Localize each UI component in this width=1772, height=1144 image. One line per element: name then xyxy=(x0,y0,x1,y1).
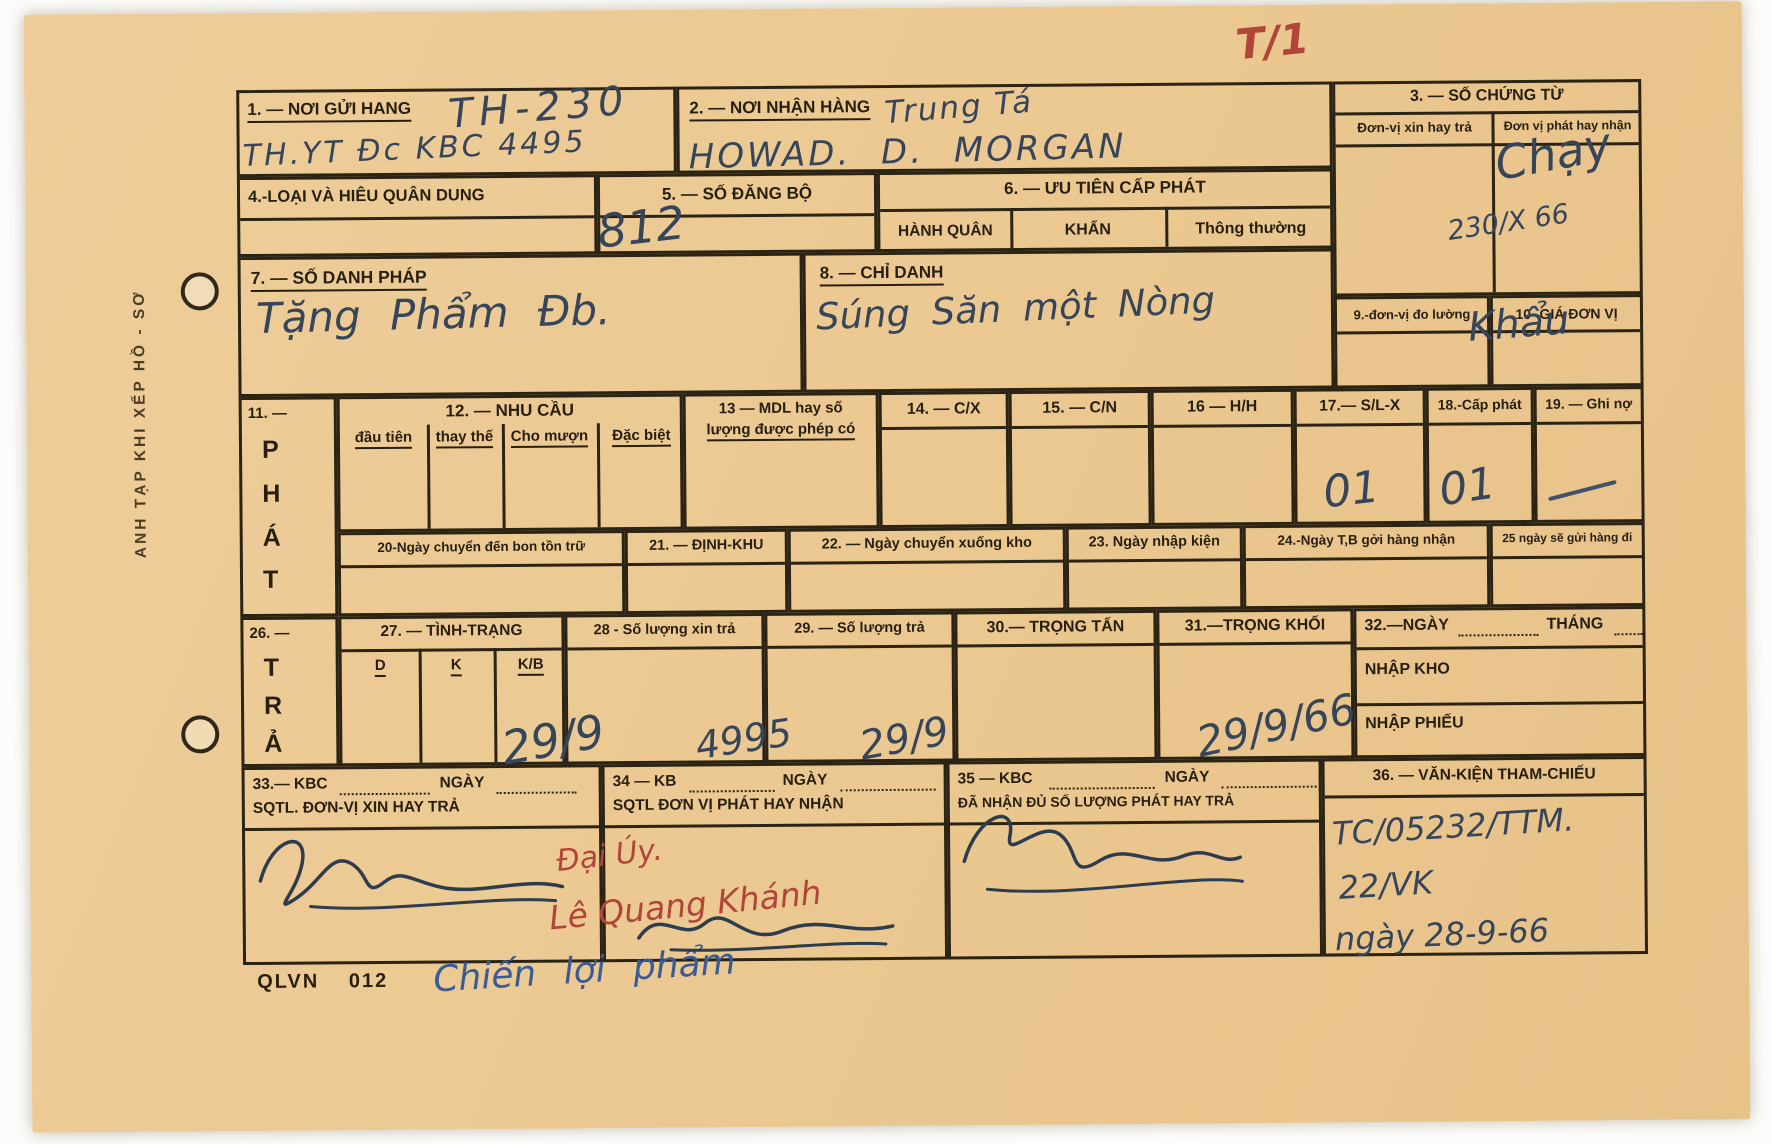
divider-line xyxy=(1246,556,1487,561)
divider-line xyxy=(1325,793,1644,799)
punch-hole-bottom xyxy=(181,715,219,753)
dotted-leader xyxy=(497,789,577,794)
divider-line xyxy=(882,426,1006,430)
box-30-trong-tan: 30.— TRỌNG TẤN xyxy=(954,610,1157,762)
divider-line xyxy=(568,646,762,651)
divider-line xyxy=(341,563,622,568)
divider-line xyxy=(1357,645,1643,650)
signature-box-33 xyxy=(250,820,571,918)
divider-line xyxy=(1069,558,1240,562)
margin-vertical-text: ANH TẠP KHI XẾP HỒ - SƠ xyxy=(131,290,151,559)
box-13-mdl: 13 — MDL hay số lượng được phép có xyxy=(683,392,880,530)
signature-box-34 xyxy=(631,900,901,957)
divider-line xyxy=(1165,207,1168,247)
need-col-label: Đặc biệt xyxy=(612,427,671,447)
divider-line xyxy=(1297,423,1423,427)
scanned-form-page: ANH TẠP KHI XẾP HỒ - SƠ T/1 1. — NƠI GỬI… xyxy=(0,0,1772,1144)
box-20-ngay-chuyen-den: 20-Ngày chuyển đến bon tồn trữ xyxy=(338,530,626,616)
box-14-cx: 14. — C/X xyxy=(879,391,1010,528)
divider-line xyxy=(1012,425,1148,429)
punch-hole-top xyxy=(181,272,219,310)
box-6-uu-tien-cap-phat: 6. — ƯU TIÊN CẤP PHÁT HÀNH QUÂN KHẨN Thô… xyxy=(877,168,1334,252)
handwriting-unit-of-measure: Khẩu xyxy=(1466,297,1571,351)
divider-line xyxy=(958,643,1154,648)
box-15-cn: 15. — C/N xyxy=(1009,390,1152,527)
form-code: QLVN 012 xyxy=(257,970,388,994)
dotted-leader xyxy=(1614,631,1642,635)
divider-line xyxy=(1537,421,1641,425)
divider-line xyxy=(791,560,1063,565)
divider-line xyxy=(880,206,1330,213)
dotted-leader xyxy=(1222,784,1317,789)
box-24-ngay-tb-goi-hang: 24.-Ngày T,B gởi hàng nhận xyxy=(1243,523,1491,609)
status-col-label: D xyxy=(375,657,386,677)
box-21-dinh-khu: 21. — ĐỊNH-KHU xyxy=(625,529,789,614)
paper-tilt-wrapper: ANH TẠP KHI XẾP HỒ - SƠ T/1 1. — NƠI GỬI… xyxy=(0,0,1772,1144)
divider-line xyxy=(1337,330,1487,334)
divider-line xyxy=(1429,422,1531,426)
handwriting-qty-slx: 01 xyxy=(1321,461,1382,518)
divider-line xyxy=(1357,701,1643,706)
status-col-label: K/B xyxy=(518,656,544,676)
signature-box-35 xyxy=(952,797,1253,904)
divider-line xyxy=(1335,110,1638,115)
divider-line xyxy=(240,215,594,221)
handwriting-qty-issued: 01 xyxy=(1436,458,1499,517)
box-4-loai-hieu-quan-dung: 4.-LOẠI VÀ HIÊU QUÂN DUNG xyxy=(237,174,598,257)
box-23-ngay-nhap-kien: 23. Ngày nhập kiện xyxy=(1066,525,1244,610)
need-col-label: Cho mượn xyxy=(511,427,589,448)
box-11-phat-strip: 11. — P H Á T xyxy=(239,396,339,617)
divider-line xyxy=(605,823,944,829)
divider-line xyxy=(1010,208,1013,248)
box-32-ngay-thang: 32.—NGÀY THÁNG NHẬP KHO NHẬP PHIẾU xyxy=(1353,606,1646,758)
box-26-tra-strip: 26. — T R Ả xyxy=(240,616,339,767)
divider-line xyxy=(1493,555,1642,559)
box-25-ngay-se-gui-hang: 25 ngày sẽ gửi hàng đi xyxy=(1490,522,1646,607)
handwriting-nomenclature: Tặng Phẩm Đb. xyxy=(255,285,611,343)
divider-line xyxy=(628,562,785,566)
need-col-label: thay thế xyxy=(436,428,494,448)
dotted-leader xyxy=(841,787,936,792)
handwriting-ref-line2: 22/VK xyxy=(1337,863,1433,907)
dotted-leader xyxy=(1050,785,1155,790)
dotted-leader xyxy=(1458,632,1538,637)
divider-line xyxy=(1154,424,1291,428)
divider-line xyxy=(768,644,952,648)
dotted-leader xyxy=(340,791,430,796)
box-22-ngay-chuyen-xuong-kho: 22. — Ngày chuyển xuống kho xyxy=(788,527,1067,613)
box-19-ghi-no: 19. — Ghi nợ xyxy=(1534,386,1645,523)
box-13-label-line2: lượng được phép có xyxy=(706,420,855,441)
divider-line xyxy=(342,648,562,653)
need-col-label: đầu tiên xyxy=(355,429,413,449)
status-col-label: K xyxy=(451,656,462,676)
box-16-hh: 16 — H/H xyxy=(1151,389,1295,526)
box-3-so-chung-tu: 3. — SỐ CHỨNG TỪ Đơn-vị xin hay trả Đơn … xyxy=(1332,79,1643,296)
dotted-leader xyxy=(690,788,775,793)
divider-line xyxy=(1160,641,1351,646)
corner-red-mark: T/1 xyxy=(1234,14,1312,70)
box-12-nhu-cau: 12. — NHU CẦU đầu tiên thay thế Cho mượn… xyxy=(337,394,684,533)
handwriting-registry-number: 812 xyxy=(595,195,688,259)
